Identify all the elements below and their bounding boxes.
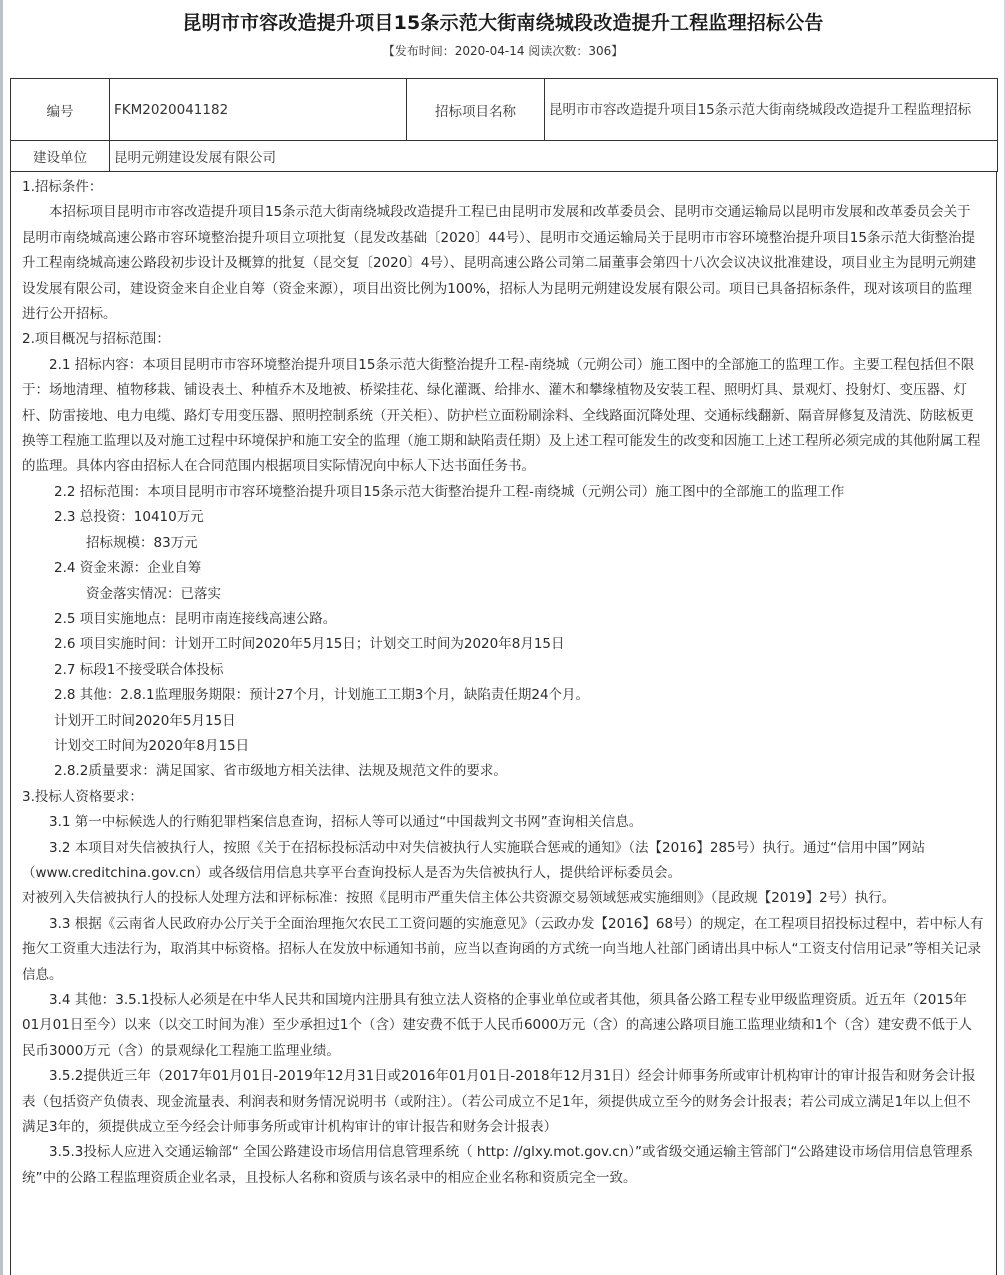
number-label: 编号 xyxy=(11,79,110,141)
table-row: 建设单位 昆明元朔建设发展有限公司 xyxy=(11,141,998,172)
paragraph: 对被列入失信被执行人的投标人处理方法和评标标准：按照《昆明市严重失信主体公共资源… xyxy=(22,886,984,911)
paragraph: 3.5.3投标人应进入交通运输部“ 全国公路建设市场信用信息管理系统（ http… xyxy=(22,1140,984,1191)
paragraph: 2.6 项目实施时间：计划开工时间2020年5月15日；计划交工时间为2020年… xyxy=(22,632,984,657)
paragraph: 3.5.2提供近三年（2017年01月01日-2019年12月31日或2016年… xyxy=(22,1064,984,1140)
paragraph: 2.3 总投资：10410万元 xyxy=(22,505,984,530)
section-heading: 3.投标人资格要求： xyxy=(22,785,984,810)
section-heading: 1.招标条件： xyxy=(22,175,984,200)
paragraph: 2.5 项目实施地点：昆明市南连接线高速公路。 xyxy=(22,607,984,632)
paragraph: 本招标项目昆明市市容改造提升项目15条示范大街南绕城段改造提升工程已由昆明市发展… xyxy=(22,200,984,327)
builder-value: 昆明元朔建设发展有限公司 xyxy=(110,141,998,172)
paragraph: 2.1 招标内容：本项目昆明市市容环境整治提升项目15条示范大街整治提升工程-南… xyxy=(22,353,984,480)
paragraph: 2.8.2质量要求：满足国家、省市级地方相关法律、法规及规范文件的要求。 xyxy=(22,759,984,784)
paragraph: 3.4 其他：3.5.1投标人必须是在中华人民共和国境内注册具有独立法人资格的企… xyxy=(22,988,984,1064)
builder-label: 建设单位 xyxy=(11,141,110,172)
paragraph: 2.4 资金来源：企业自筹 xyxy=(22,556,984,581)
paragraph: 2.2 招标范围：本项目昆明市市容环境整治提升项目15条示范大街整治提升工程-南… xyxy=(22,480,984,505)
paragraph: 3.3 根据《云南省人民政府办公厅关于全面治理拖欠农民工工资问题的实施意见》（云… xyxy=(22,912,984,988)
paragraph: 计划开工时间2020年5月15日 xyxy=(22,709,984,734)
paragraph: 招标规模：83万元 xyxy=(22,531,984,556)
paragraph: 3.2 本项目对失信被执行人，按照《关于在招标投标活动中对失信被执行人实施联合惩… xyxy=(22,836,984,887)
section-heading: 2.项目概况与招标范围： xyxy=(22,327,984,352)
paragraph: 3.1 第一中标候选人的行贿犯罪档案信息查询，招标人等可以通过“中国裁判文书网”… xyxy=(22,810,984,835)
page-title: 昆明市市容改造提升项目15条示范大街南绕城段改造提升工程监理招标公告 xyxy=(0,8,1006,35)
paragraph: 计划交工时间为2020年8月15日 xyxy=(22,734,984,759)
announcement-body: 1.招标条件： 本招标项目昆明市市容改造提升项目15条示范大街南绕城段改造提升工… xyxy=(10,171,997,1275)
paragraph: 2.8 其他：2.8.1监理服务期限：预计27个月，计划施工工期3个月，缺陷责任… xyxy=(22,683,984,708)
paragraph: 资金落实情况：已落实 xyxy=(22,582,984,607)
paragraph: 2.7 标段1不接受联合体投标 xyxy=(22,658,984,683)
table-row: 编号 FKM2020041182 招标项目名称 昆明市市容改造提升项目15条示范… xyxy=(11,79,998,141)
project-name-value: 昆明市市容改造提升项目15条示范大街南绕城段改造提升工程监理招标 xyxy=(545,79,998,141)
project-name-label: 招标项目名称 xyxy=(407,79,545,141)
publish-meta: 【发布时间：2020-04-14 阅读次数：306】 xyxy=(0,42,1006,59)
page-edge xyxy=(0,0,3,1275)
info-table: 编号 FKM2020041182 招标项目名称 昆明市市容改造提升项目15条示范… xyxy=(10,78,998,172)
number-value: FKM2020041182 xyxy=(110,79,407,141)
